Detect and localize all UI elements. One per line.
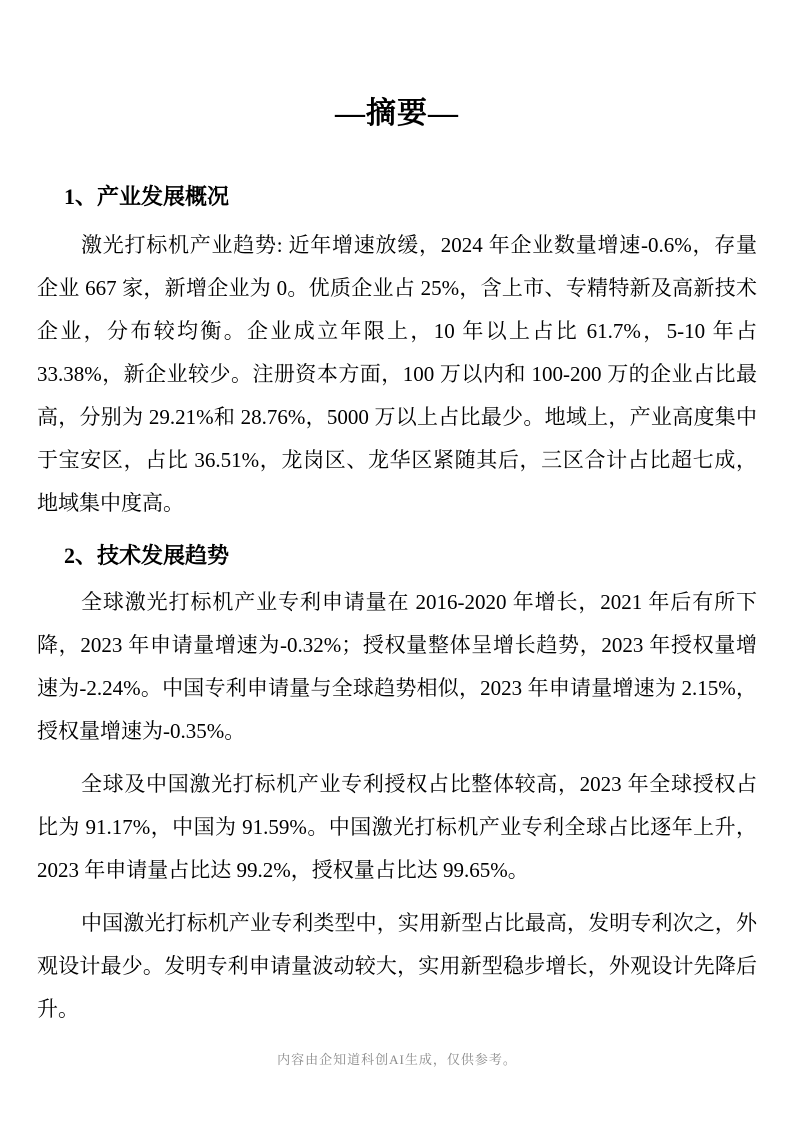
page-title: —摘要— [37,94,757,134]
document-page: —摘要— 1、产业发展概况 激光打标机产业趋势: 近年增速放缓，2024 年企业… [0,0,794,1123]
section-2-paragraph-1: 全球激光打标机产业专利申请量在 2016-2020 年增长，2021 年后有所下… [37,581,757,753]
section-2-paragraph-2: 全球及中国激光打标机产业专利授权占比整体较高，2023 年全球授权占比为 91.… [37,763,757,892]
page-content: —摘要— 1、产业发展概况 激光打标机产业趋势: 近年增速放缓，2024 年企业… [37,0,757,1041]
section-2-paragraph-3: 中国激光打标机产业专利类型中，实用新型占比最高，发明专利次之，外观设计最少。发明… [37,902,757,1031]
footer-disclaimer: 内容由企知道科创AI生成，仅供参考。 [0,1052,794,1068]
section-1-paragraph: 激光打标机产业趋势: 近年增速放缓，2024 年企业数量增速-0.6%，存量企业… [37,224,757,525]
section-1-heading: 1、产业发展概况 [37,182,757,212]
section-2-heading: 2、技术发展趋势 [37,541,757,571]
